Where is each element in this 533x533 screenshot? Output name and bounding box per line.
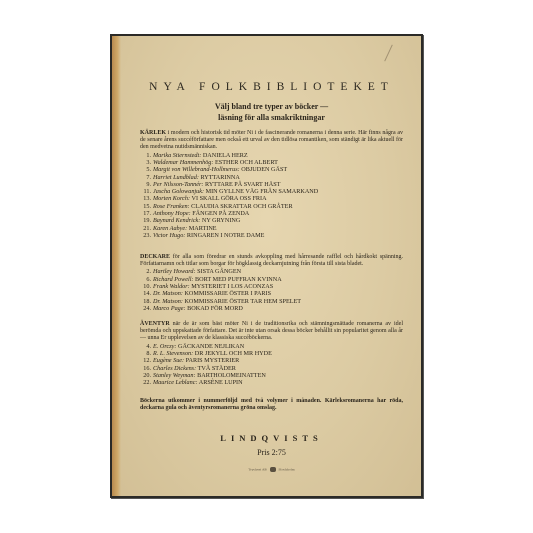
item-number: 3.	[140, 159, 151, 166]
item-author: Jascha Golowanjuk:	[153, 188, 204, 195]
item-title: NY GRYNING	[202, 217, 240, 224]
item-author: Frank Waldor:	[153, 283, 190, 290]
list-item: 9.Per Nilsson-Tannér: RYTTARE PÅ SVART H…	[140, 181, 403, 188]
printer-imprint: Tryckeri AB Stockholm	[140, 467, 403, 472]
item-number: 1.	[140, 152, 151, 159]
section-intro: DECKARE för alla som föredrar en stunds …	[140, 254, 403, 268]
item-number: 22.	[140, 379, 151, 386]
item-title: BOKAD FÖR MORD	[187, 305, 243, 312]
item-number: 19.	[140, 217, 151, 224]
item-title: FÅNGEN PÅ ZENDA	[192, 210, 249, 217]
section-heading: ÄVENTYR	[140, 321, 170, 327]
section-intro-text: för alla som föredrar en stunds avkoppli…	[140, 254, 403, 267]
item-title: MIN GYLLNE VÄG FRÅN SAMARKAND	[206, 188, 319, 195]
item-number: 24.	[140, 305, 151, 312]
item-author: Marco Page:	[153, 305, 186, 312]
item-title: OBJUDEN GÄST	[241, 166, 287, 173]
item-number: 7.	[140, 174, 151, 181]
item-author: Rose Franken:	[153, 203, 190, 210]
item-title: DANIELA HERZ	[203, 152, 248, 159]
item-number: 10.	[140, 283, 151, 290]
book-list: 2.Hartley Howard: SISTA GÅNGEN6.Richard …	[140, 268, 403, 312]
item-title: MYSTERIET I LOS ACONZAS	[191, 283, 273, 290]
section-intro-text: i modern och historisk tid möter Ni i de…	[140, 130, 403, 150]
subtitle-line-2: läsning för alla smakriktningar	[140, 113, 403, 124]
price: Pris 2:75	[140, 448, 403, 457]
book-list: 1.Marika Stiernstedt: DANIELA HERZ3.Wald…	[140, 152, 403, 240]
list-item: 2.Hartley Howard: SISTA GÅNGEN	[140, 268, 403, 275]
list-item: 21.Karen Aabye: MARTINE	[140, 225, 403, 232]
item-author: Charles Dickens:	[153, 365, 196, 372]
item-title: GÄCKANDE NEJLIKAN	[178, 343, 244, 350]
item-title: DR JEKYLL OCH MR HYDE	[195, 350, 272, 357]
item-title: PARIS MYSTERIER	[186, 357, 240, 364]
item-author: Dr. Matson:	[153, 290, 183, 297]
list-item: 23.Victor Hugo: RINGAREN I NOTRE DAME	[140, 232, 403, 239]
imprint-left: Tryckeri AB	[248, 468, 266, 472]
item-number: 12.	[140, 357, 151, 364]
item-author: Hartley Howard:	[153, 268, 196, 275]
item-author: Richard Powell:	[153, 276, 194, 283]
section-intro-text: när de är som bäst möter Ni i de traditi…	[140, 321, 403, 341]
list-item: 15.Rose Franken: CLAUDIA SKRATTAR OCH GR…	[140, 203, 403, 210]
list-item: 12.Eugène Sue: PARIS MYSTERIER	[140, 357, 403, 364]
section-karlek: KÄRLEK i modern och historisk tid möter …	[140, 130, 403, 239]
item-author: E. Orczy:	[153, 343, 176, 350]
section-aventyr: ÄVENTYR när de är som bäst möter Ni i de…	[140, 321, 403, 386]
item-title: MARTINE	[189, 225, 217, 232]
item-number: 16.	[140, 365, 151, 372]
item-author: Morten Korch:	[153, 195, 190, 202]
section-heading: DECKARE	[140, 254, 170, 260]
section-intro: ÄVENTYR när de är som bäst möter Ni i de…	[140, 321, 403, 343]
item-number: 23.	[140, 232, 151, 239]
item-number: 13.	[140, 195, 151, 202]
item-title: RINGAREN I NOTRE DAME	[187, 232, 265, 239]
item-number: 17.	[140, 210, 151, 217]
crown-emblem-icon	[270, 467, 276, 472]
list-item: 5.Margit von Willebrand-Hollmerus: OBJUD…	[140, 166, 403, 173]
item-author: Marika Stiernstedt:	[153, 152, 201, 159]
item-author: Per Nilsson-Tannér:	[153, 181, 203, 188]
item-number: 8.	[140, 350, 151, 357]
item-number: 18.	[140, 298, 151, 305]
item-author: Anthony Hope:	[153, 210, 191, 217]
book-back-cover: NYA FOLKBIBLIOTEKET Välj bland tre typer…	[110, 34, 423, 498]
item-title: RYTTARINNA	[200, 174, 239, 181]
item-author: R. L. Stevenson:	[153, 350, 193, 357]
book-list: 4.E. Orczy: GÄCKANDE NEJLIKAN8.R. L. Ste…	[140, 343, 403, 387]
item-number: 11.	[140, 188, 151, 195]
section-intro: KÄRLEK i modern och historisk tid möter …	[140, 130, 403, 152]
list-item: 18.Dr. Matson: KOMMISSARIE ÖSTER TAR HEM…	[140, 298, 403, 305]
imprint-right: Stockholm	[278, 468, 294, 472]
item-title: BORT MED PUFFRAN KVINNA	[195, 276, 282, 283]
list-item: 10.Frank Waldor: MYSTERIET I LOS ACONZAS	[140, 283, 403, 290]
list-item: 7.Harriet Lundblad: RYTTARINNA	[140, 174, 403, 181]
item-number: 15.	[140, 203, 151, 210]
list-item: 16.Charles Dickens: TVÅ STÄDER	[140, 365, 403, 372]
item-author: Dr. Matson:	[153, 298, 183, 305]
item-number: 5.	[140, 166, 151, 173]
publisher-name: LINDQVISTS	[140, 433, 403, 443]
item-number: 14.	[140, 290, 151, 297]
item-author: Waldemar Hammenhög:	[153, 159, 213, 166]
list-item: 17.Anthony Hope: FÅNGEN PÅ ZENDA	[140, 210, 403, 217]
series-title: NYA FOLKBIBLIOTEKET	[140, 81, 403, 93]
item-number: 21.	[140, 225, 151, 232]
pencil-mark	[384, 45, 393, 62]
list-item: 22.Maurice Leblanc: ARSÈNE LUPIN	[140, 379, 403, 386]
item-author: Stanley Weyman:	[153, 372, 196, 379]
item-title: CLAUDIA SKRATTAR OCH GRÅTER	[191, 203, 292, 210]
footer-note: Böckerna utkommer i nummerföljd med två …	[140, 398, 403, 413]
list-item: 6.Richard Powell: BORT MED PUFFRAN KVINN…	[140, 276, 403, 283]
section-deckare: DECKARE för alla som föredrar en stunds …	[140, 254, 403, 312]
item-title: SISTA GÅNGEN	[197, 268, 241, 275]
item-title: RYTTARE PÅ SVART HÄST	[205, 181, 280, 188]
section-heading: KÄRLEK	[140, 130, 166, 136]
item-author: Margit von Willebrand-Hollmerus:	[153, 166, 240, 173]
list-item: 14.Dr. Matson: KOMMISSARIE ÖSTER I PARIS	[140, 290, 403, 297]
item-title: BARTHOLOMEINATTEN	[197, 372, 266, 379]
list-item: 11.Jascha Golowanjuk: MIN GYLLNE VÄG FRÅ…	[140, 188, 403, 195]
item-number: 6.	[140, 276, 151, 283]
subtitle: Välj bland tre typer av böcker — läsning…	[140, 102, 403, 123]
item-author: Eugène Sue:	[153, 357, 184, 364]
subtitle-line-1: Välj bland tre typer av böcker —	[140, 102, 403, 113]
item-author: Victor Hugo:	[153, 232, 185, 239]
list-item: 13.Morten Korch: VI SKALL GÖRA OSS FRIA	[140, 195, 403, 202]
item-title: KOMMISSARIE ÖSTER I PARIS	[184, 290, 271, 297]
list-item: 19.Baynard Kendrick: NY GRYNING	[140, 217, 403, 224]
list-item: 8.R. L. Stevenson: DR JEKYLL OCH MR HYDE	[140, 350, 403, 357]
list-item: 4.E. Orczy: GÄCKANDE NEJLIKAN	[140, 343, 403, 350]
item-number: 9.	[140, 181, 151, 188]
item-author: Harriet Lundblad:	[153, 174, 199, 181]
list-item: 1.Marika Stiernstedt: DANIELA HERZ	[140, 152, 403, 159]
item-author: Baynard Kendrick:	[153, 217, 200, 224]
item-title: VI SKALL GÖRA OSS FRIA	[192, 195, 267, 202]
item-title: ESTHER OCH ALBERT	[215, 159, 278, 166]
item-number: 2.	[140, 268, 151, 275]
item-title: TVÅ STÄDER	[198, 365, 236, 372]
item-author: Karen Aabye:	[153, 225, 187, 232]
list-item: 24.Marco Page: BOKAD FÖR MORD	[140, 305, 403, 312]
item-title: KOMMISSARIE ÖSTER TAR HEM SPELET	[184, 298, 301, 305]
item-title: ARSÈNE LUPIN	[199, 379, 243, 386]
list-item: 20.Stanley Weyman: BARTHOLOMEINATTEN	[140, 372, 403, 379]
item-number: 4.	[140, 343, 151, 350]
item-number: 20.	[140, 372, 151, 379]
item-author: Maurice Leblanc:	[153, 379, 198, 386]
list-item: 3.Waldemar Hammenhög: ESTHER OCH ALBERT	[140, 159, 403, 166]
